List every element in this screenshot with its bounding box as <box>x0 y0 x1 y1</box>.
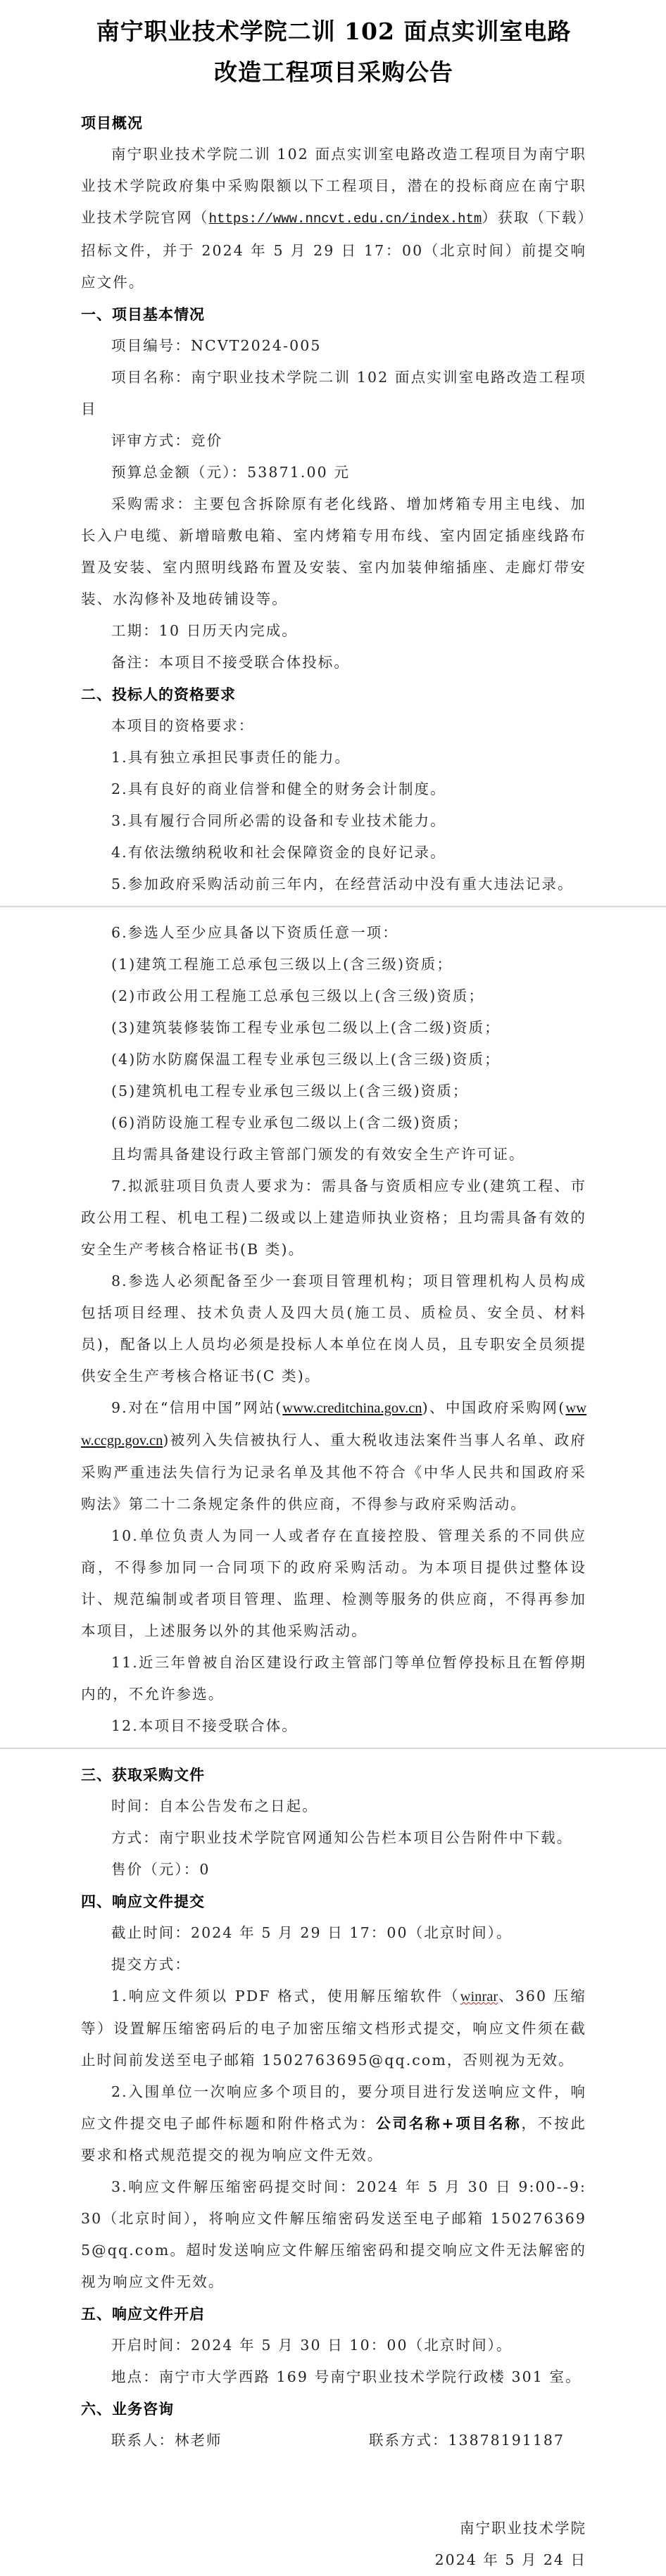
qualification-intro: 本项目的资格要求： <box>81 710 586 742</box>
contact-info: 联系人：林老师 联系方式：13878191187 <box>81 2425 586 2456</box>
qualification-item-11: 11.近三年曾被自治区建设行政主管部门等单位暂停投标且在暂停期内的，不允许参选。 <box>81 1647 586 1710</box>
remark: 备注：本项目不接受联合体投标。 <box>81 647 586 678</box>
announcement-page: 南宁职业技术学院二训 102 面点实训室电路 改造工程项目采购公告 项目概况 南… <box>0 0 666 2576</box>
section5-heading: 五、响应文件开启 <box>81 2298 586 2330</box>
title-line-1: 南宁职业技术学院二训 102 面点实训室电路 <box>81 11 586 52</box>
certification-5: (5)建筑机电工程专业承包三级以上(含三级)资质； <box>81 1075 586 1107</box>
overview-heading: 项目概况 <box>81 107 586 139</box>
submission-item-1: 1.响应文件须以 PDF 格式，使用解压缩软件（winrar、360 压缩等）设… <box>81 1981 586 2076</box>
title-line-2: 改造工程项目采购公告 <box>81 52 586 93</box>
section2-heading: 二、投标人的资格要求 <box>81 678 586 710</box>
opening-location: 地点：南宁市大学西路 169 号南宁职业技术学院行政楼 301 室。 <box>81 2361 586 2393</box>
college-website-link[interactable]: https://www.nncvt.edu.cn/index.htm <box>209 211 482 227</box>
section4-heading: 四、响应文件提交 <box>81 1886 586 1917</box>
contact-phone: 联系方式：13878191187 <box>369 2425 565 2456</box>
document-obtain-time: 时间：自本公告发布之日起。 <box>81 1791 586 1822</box>
item9-text-2: )、中国政府采购网( <box>422 1399 566 1416</box>
qualification-item-6: 6.参选人至少应具备以下资质任意一项： <box>81 917 586 949</box>
item9-text-1: 9.对在“信用中国”网站( <box>111 1399 282 1416</box>
contact-person: 联系人：林老师 <box>111 2425 369 2456</box>
certification-6: (6)消防设施工程专业承包二级以上(含二级)资质； <box>81 1107 586 1139</box>
opening-time: 开启时间：2024 年 5 月 30 日 10：00（北京时间）。 <box>81 2330 586 2361</box>
document-price: 售价（元）：0 <box>81 1854 586 1886</box>
qualification-item-7: 7.拟派驻项目负责人要求为：需具备与资质相应专业(建筑工程、市政公用工程、机电工… <box>81 1170 586 1265</box>
submission-deadline: 截止时间：2024 年 5 月 29 日 17：00（北京时间）。 <box>81 1917 586 1949</box>
overview-paragraph: 南宁职业技术学院二训 102 面点实训室电路改造工程项目为南宁职业技术学院政府集… <box>81 139 586 298</box>
submission-item-3: 3.响应文件解压缩密码提交时间：2024 年 5 月 30 日 9:00--9:… <box>81 2171 586 2298</box>
signature-date: 2024 年 5 月 24 日 <box>81 2544 586 2576</box>
email-subject-format: 公司名称+项目名称 <box>376 2115 521 2132</box>
safety-license-requirement: 且均需具备建设行政主管部门颁发的有效安全生产许可证。 <box>81 1139 586 1170</box>
construction-period: 工期：10 日历天内完成。 <box>81 615 586 647</box>
qualification-item-8: 8.参选人必须配备至少一套项目管理机构；项目管理机构人员构成包括项目经理、技术负… <box>81 1265 586 1392</box>
creditchina-link[interactable]: www.creditchina.gov.cn <box>282 1401 422 1416</box>
page-break-divider <box>0 906 666 907</box>
section3-heading: 三、获取采购文件 <box>81 1759 586 1791</box>
certification-2: (2)市政公用工程施工总承包三级以上(含三级)资质； <box>81 980 586 1012</box>
signature-organization: 南宁职业技术学院 <box>81 2513 586 2544</box>
document-obtain-method: 方式：南宁职业技术学院官网通知公告栏本项目公告附件中下载。 <box>81 1822 586 1854</box>
document-title: 南宁职业技术学院二训 102 面点实训室电路 改造工程项目采购公告 <box>81 0 586 93</box>
budget-amount: 预算总金额（元）：53871.00 元 <box>81 457 586 488</box>
qualification-item-3: 3.具有履行合同所必需的设备和专业技术能力。 <box>81 805 586 837</box>
submission-method-label: 提交方式： <box>81 1949 586 1981</box>
page-break-divider <box>0 1748 666 1749</box>
qualification-item-9: 9.对在“信用中国”网站(www.creditchina.gov.cn)、中国政… <box>81 1392 586 1520</box>
section1-heading: 一、项目基本情况 <box>81 298 586 330</box>
certification-4: (4)防水防腐保温工程专业承包三级以上(含三级)资质； <box>81 1044 586 1075</box>
qualification-item-2: 2.具有良好的商业信誉和健全的财务会计制度。 <box>81 774 586 805</box>
procurement-requirements: 采购需求：主要包含拆除原有老化线路、增加烤箱专用主电线、加长入户电缆、新增暗敷电… <box>81 488 586 615</box>
project-name: 项目名称：南宁职业技术学院二训 102 面点实训室电路改造工程项目 <box>81 362 586 425</box>
project-number: 项目编号：NCVT2024-005 <box>81 330 586 362</box>
submission-item-2: 2.入围单位一次响应多个项目的，要分项目进行发送响应文件，响应文件提交电子邮件标… <box>81 2076 586 2171</box>
qualification-item-12: 12.本项目不接受联合体。 <box>81 1710 586 1742</box>
qualification-item-4: 4.有依法缴纳税收和社会保障资金的良好记录。 <box>81 837 586 869</box>
qualification-item-5: 5.参加政府采购活动前三年内，在经营活动中没有重大违法记录。 <box>81 869 586 900</box>
qualification-item-1: 1.具有独立承担民事责任的能力。 <box>81 742 586 774</box>
certification-3: (3)建筑装修装饰工程专业承包二级以上(含二级)资质； <box>81 1012 586 1044</box>
review-method: 评审方式：竞价 <box>81 425 586 457</box>
qualification-item-10: 10.单位负责人为同一人或者存在直接控股、管理关系的不同供应商，不得参加同一合同… <box>81 1520 586 1647</box>
certification-1: (1)建筑工程施工总承包三级以上(含三级)资质； <box>81 949 586 980</box>
submission-item-1-text-a: 1.响应文件须以 PDF 格式，使用解压缩软件（ <box>111 1988 460 2004</box>
section6-heading: 六、业务咨询 <box>81 2393 586 2425</box>
winrar-term: winrar <box>460 1989 498 2004</box>
signature-block: 南宁职业技术学院 2024 年 5 月 24 日 <box>81 2513 586 2576</box>
